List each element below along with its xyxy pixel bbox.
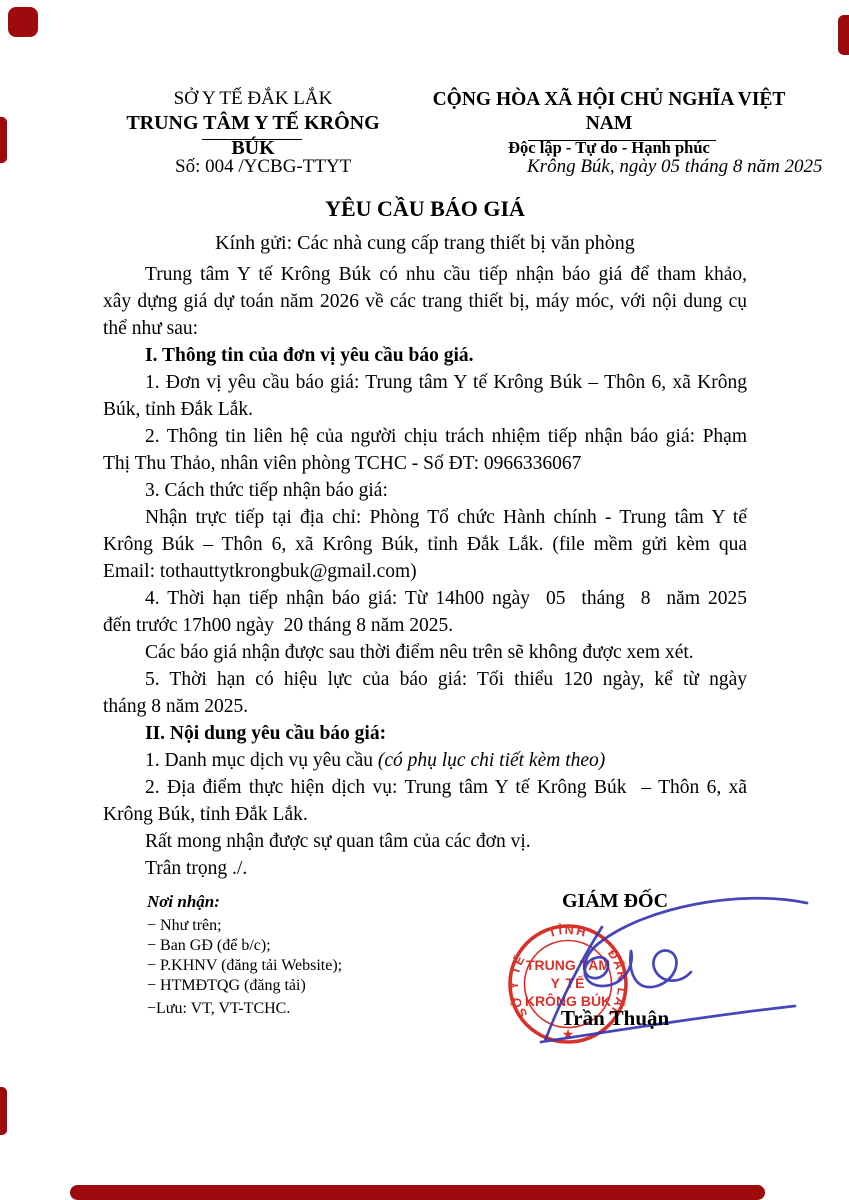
red-edge-mark-top-left xyxy=(8,7,38,37)
document-page: SỞ Y TẾ ĐẮK LẮK TRUNG TÂM Y TẾ KRÔNG BÚK… xyxy=(0,0,849,1200)
body-line: Trung tâm Y tế Krông Búk có nhu cầu tiếp… xyxy=(103,261,747,288)
body-line: Các báo giá nhận được sau thời điểm nêu … xyxy=(103,639,747,666)
body-line: 3. Cách thức tiếp nhận báo giá: xyxy=(103,477,747,504)
body-line: tháng 8 năm 2025. xyxy=(103,693,747,720)
signature-ink xyxy=(495,885,825,1060)
red-edge-mark-bottom xyxy=(70,1185,765,1200)
recipients-block: Nơi nhận: − Như trên; − Ban GĐ (để b/c);… xyxy=(147,891,342,1019)
body-line: 4. Thời hạn tiếp nhận báo giá: Từ 14h00 … xyxy=(103,585,747,612)
section-heading-1: I. Thông tin của đơn vị yêu cầu báo giá. xyxy=(103,342,747,369)
recipient-item: − HTMĐTQG (đăng tải) xyxy=(147,976,342,996)
greeting-line: Kính gửi: Các nhà cung cấp trang thiết b… xyxy=(103,226,747,261)
red-edge-mark-top-right xyxy=(838,15,849,55)
body-line: Nhận trực tiếp tại địa chỉ: Phòng Tổ chứ… xyxy=(103,504,747,531)
signer-name: Trần Thuận xyxy=(495,1006,735,1031)
body-line: đến trước 17h00 ngày 20 tháng 8 năm 2025… xyxy=(103,612,747,639)
body-line: 2. Thông tin liên hệ của người chịu trác… xyxy=(103,423,747,450)
regards-line: Trân trọng ./. xyxy=(103,855,747,882)
issuer-parent-name: SỞ Y TẾ ĐẮK LẮK xyxy=(103,87,403,111)
recipient-item: − Ban GĐ (để b/c); xyxy=(147,936,342,956)
body-line: Búk, tỉnh Đắk Lắk. xyxy=(103,396,747,423)
signature-stroke-flourish xyxy=(585,898,808,987)
recipient-item: − Như trên; xyxy=(147,916,342,936)
body-line-italic-note: (có phụ lục chi tiết kèm theo) xyxy=(378,750,605,771)
recipient-item: −Lưu: VT, VT-TCHC. xyxy=(147,999,342,1019)
motto-underline xyxy=(528,140,716,141)
issuer-underline xyxy=(202,139,302,140)
issuer-name: TRUNG TÂM Y TẾ KRÔNG BÚK xyxy=(103,111,403,161)
national-title: CỘNG HÒA XÃ HỘI CHỦ NGHĨA VIỆT NAM xyxy=(428,88,790,136)
red-edge-mark-left xyxy=(0,117,7,163)
document-body: YÊU CẦU BÁO GIÁ Kính gửi: Các nhà cung c… xyxy=(103,192,747,882)
body-line: 1. Danh mục dịch vụ yêu cầu (có phụ lục … xyxy=(103,747,747,774)
recipient-item: − P.KHNV (đăng tải Website); xyxy=(147,956,342,976)
place-date-line: Krông Búk, ngày 05 tháng 8 năm 2025 xyxy=(527,156,823,178)
body-line: thể như sau: xyxy=(103,315,747,342)
body-line: Krông Búk – Thôn 6, xã Krông Búk, tỉnh Đ… xyxy=(103,531,747,558)
body-line: Krông Búk, tỉnh Đắk Lắk. xyxy=(103,801,747,828)
body-line: xây dựng giá dự toán năm 2026 về các tra… xyxy=(103,288,747,315)
body-line: 1. Đơn vị yêu cầu báo giá: Trung tâm Y t… xyxy=(103,369,747,396)
issuer-block: SỞ Y TẾ ĐẮK LẮK TRUNG TÂM Y TẾ KRÔNG BÚK xyxy=(103,87,403,161)
body-line-text: 1. Danh mục dịch vụ yêu cầu xyxy=(145,750,378,771)
section-heading-2: II. Nội dung yêu cầu báo giá: xyxy=(103,720,747,747)
red-edge-mark-bottom-left xyxy=(0,1087,7,1135)
document-number: Số: 004 /YCBG-TTYT xyxy=(175,156,351,178)
body-line: Thị Thu Thảo, nhân viên phòng TCHC - Số … xyxy=(103,450,747,477)
body-line: Email: tothauttytkrongbuk@gmail.com) xyxy=(103,558,747,585)
body-line: 5. Thời hạn có hiệu lực của báo giá: Tối… xyxy=(103,666,747,693)
recipients-label: Nơi nhận: xyxy=(147,891,342,913)
closing-line: Rất mong nhận được sự quan tâm của các đ… xyxy=(103,828,747,855)
body-line: 2. Địa điểm thực hiện dịch vụ: Trung tâm… xyxy=(103,774,747,801)
national-motto-block: CỘNG HÒA XÃ HỘI CHỦ NGHĨA VIỆT NAM Độc l… xyxy=(428,88,790,160)
document-title: YÊU CẦU BÁO GIÁ xyxy=(103,192,747,226)
